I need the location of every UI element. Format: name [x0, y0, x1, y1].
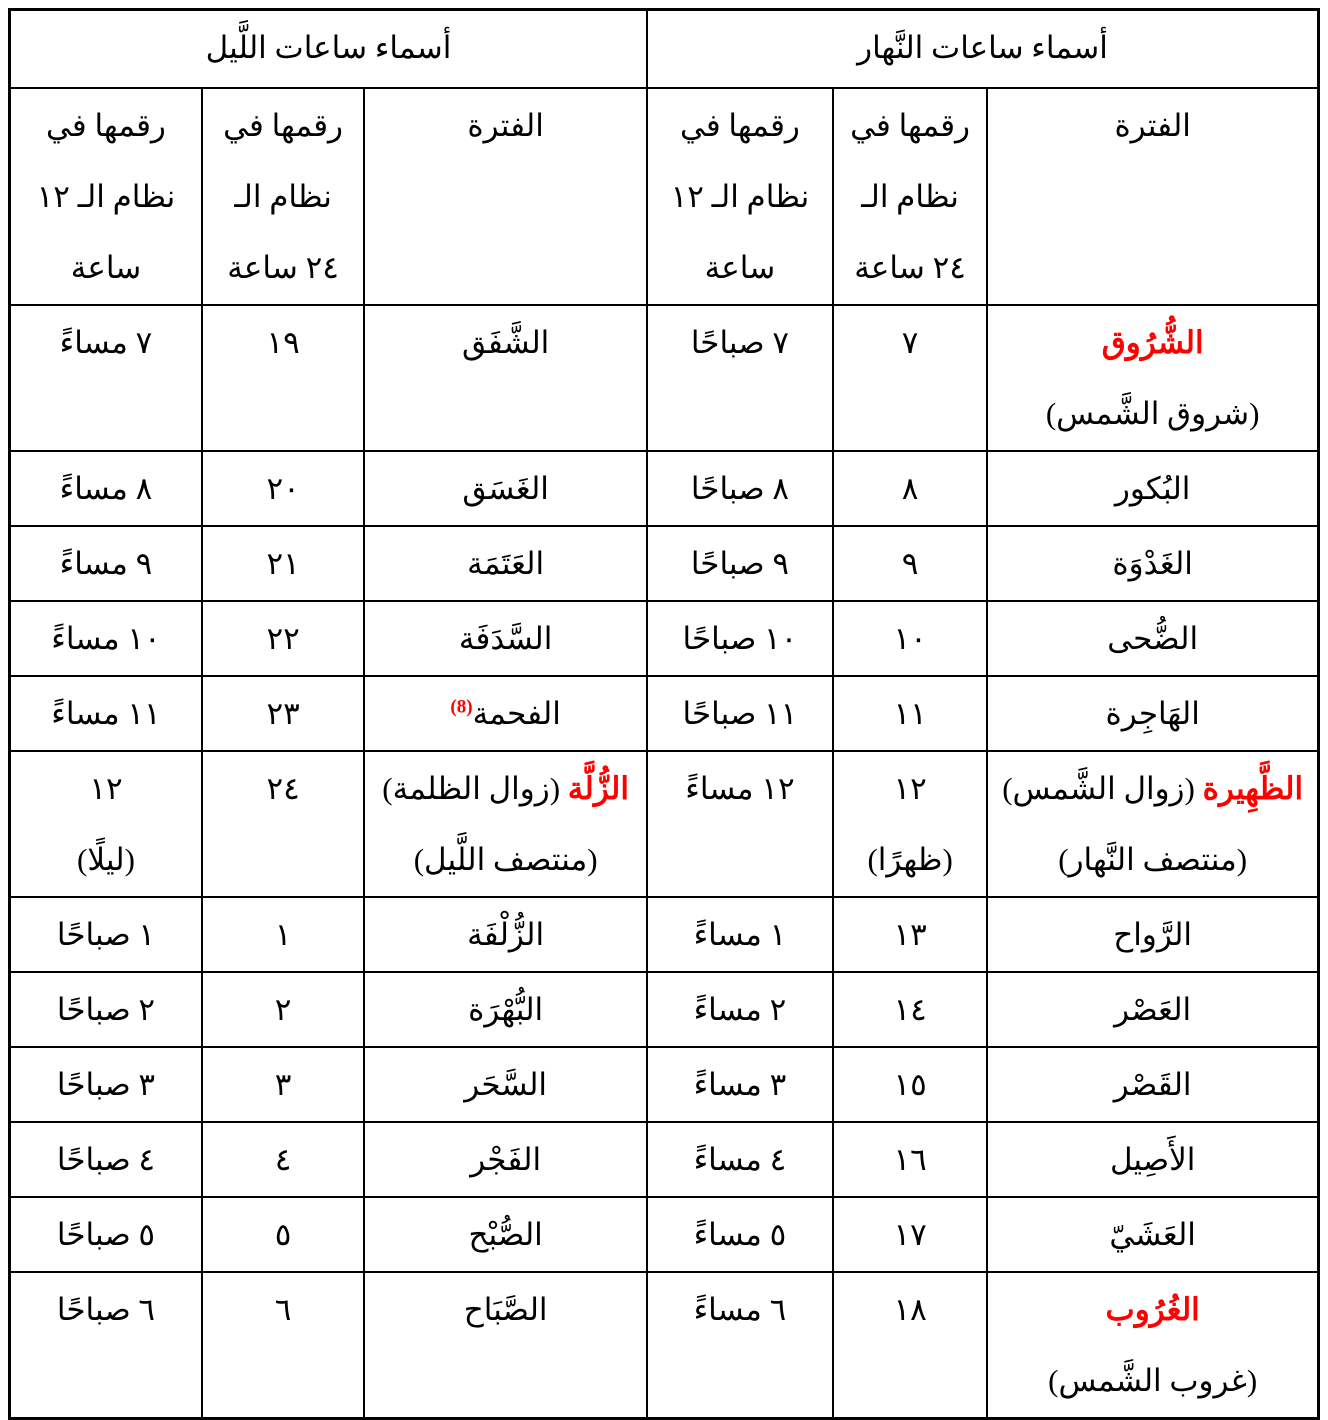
- cell-line: الشُّرُوق: [994, 307, 1311, 378]
- cell-night-h24-row4: ٢٢: [202, 601, 364, 676]
- cell-day-h24-row10: ١٦: [833, 1122, 987, 1197]
- cell-day-period-row3: الغَدْوَة: [987, 526, 1318, 601]
- hour-row-2: البُكور٨٨ صباحًاالغَسَق٢٠٨ مساءً: [10, 451, 1319, 526]
- cell-line: ١٦: [840, 1124, 980, 1195]
- cell-text: ٤ مساءً: [694, 1142, 787, 1177]
- col-header-line: الفترة: [371, 90, 640, 161]
- cell-text: ٥ مساءً: [694, 1217, 787, 1252]
- cell-text: الزُّلْفَة: [467, 917, 544, 952]
- cell-line: القَصْر: [994, 1049, 1311, 1120]
- cell-line: ١ مساءً: [654, 899, 826, 970]
- cell-text: ٣ مساءً: [694, 1067, 787, 1102]
- cell-text: ٤: [275, 1142, 292, 1177]
- cell-night-period-row3: العَتَمَة: [364, 526, 647, 601]
- cell-day-h12-row10: ٤ مساءً: [647, 1122, 833, 1197]
- hour-row-10: الأَصِيل١٦٤ مساءًالفَجْر٤٤ صباحًا: [10, 1122, 1319, 1197]
- cell-line: ٨ مساءً: [17, 453, 195, 524]
- cell-line: ١٨: [840, 1274, 980, 1345]
- cell-day-h24-row11: ١٧: [833, 1197, 987, 1272]
- cell-line: ١٩: [209, 307, 357, 378]
- col-header-line: ساعة: [654, 232, 826, 303]
- cell-line: ١٣: [840, 899, 980, 970]
- col-header-line: نظام الـ ١٢: [17, 161, 195, 232]
- cell-line: ٤ صباحًا: [17, 1124, 195, 1195]
- cell-line: ٦ صباحًا: [17, 1274, 195, 1345]
- col-header-line: رقمها في: [17, 90, 195, 161]
- cell-text: ٦ صباحًا: [57, 1292, 155, 1327]
- cell-line: ٧ صباحًا: [654, 307, 826, 378]
- cell-day-h12-row4: ١٠ صباحًا: [647, 601, 833, 676]
- cell-day-h24-row1: ٧: [833, 305, 987, 451]
- cell-line: ١١: [840, 678, 980, 749]
- cell-night-period-row9: السَّحَر: [364, 1047, 647, 1122]
- hour-row-12: الغُرُوب(غروب الشَّمس)١٨٦ مساءًالصَّبَاح…: [10, 1272, 1319, 1419]
- cell-line: الغَدْوَة: [994, 528, 1311, 599]
- cell-line: ١٠ صباحًا: [654, 603, 826, 674]
- cell-line: ٣: [209, 1049, 357, 1120]
- cell-line: ١٠ مساءً: [17, 603, 195, 674]
- cell-night-period-row12: الصَّبَاح: [364, 1272, 647, 1419]
- cell-line: ١٢: [840, 753, 980, 824]
- cell-line: ٥: [209, 1199, 357, 1270]
- col-header-day-period: الفترة: [987, 88, 1318, 305]
- cell-line: ١١ مساءً: [17, 678, 195, 749]
- cell-line: ١٢: [17, 753, 195, 824]
- cell-line: الصَّبَاح: [371, 1274, 640, 1345]
- cell-night-h24-row7: ١: [202, 897, 364, 972]
- cell-night-period-row10: الفَجْر: [364, 1122, 647, 1197]
- cell-text: الأَصِيل: [1110, 1142, 1195, 1177]
- col-header-night-h24: رقمها فينظام الـ٢٤ ساعة: [202, 88, 364, 305]
- col-header-line: رقمها في: [840, 90, 980, 161]
- cell-line: ٣ صباحًا: [17, 1049, 195, 1120]
- cell-text: ٨ مساءً: [60, 471, 153, 506]
- hour-row-3: الغَدْوَة٩٩ صباحًاالعَتَمَة٢١٩ مساءً: [10, 526, 1319, 601]
- cell-text: العَتَمَة: [467, 546, 544, 581]
- cell-line: الزُّلْفَة: [371, 899, 640, 970]
- cell-line: البُّهْرَة: [371, 974, 640, 1045]
- cell-line: الزُّلَّة (زوال الظلمة): [371, 753, 640, 824]
- cell-line: الهَاجِرة: [994, 678, 1311, 749]
- cell-text: ١٨: [893, 1292, 926, 1327]
- cell-night-period-row8: البُّهْرَة: [364, 972, 647, 1047]
- cell-text: البُّهْرَة: [468, 992, 543, 1027]
- cell-line: ٢ مساءً: [654, 974, 826, 1045]
- cell-text: (شروق الشَّمس): [1046, 396, 1260, 431]
- cell-day-h12-row2: ٨ صباحًا: [647, 451, 833, 526]
- cell-night-period-row1: الشَّفَق: [364, 305, 647, 451]
- cell-text: ٧ مساءً: [60, 325, 153, 360]
- col-header-line: رقمها في: [209, 90, 357, 161]
- cell-text: ٨ صباحًا: [691, 471, 789, 506]
- cell-text: ٨: [902, 471, 919, 506]
- column-header-row: الفترةرقمها فينظام الـ٢٤ ساعةرقمها فينظا…: [10, 88, 1319, 305]
- cell-line: ٢٢: [209, 603, 357, 674]
- hour-row-6: الظَّهِيرة (زوال الشَّمس)(منتصف النَّهار…: [10, 751, 1319, 897]
- cell-night-h12-row6: ١٢(ليلًا): [10, 751, 202, 897]
- cell-line: ١٥: [840, 1049, 980, 1120]
- cell-day-period-row10: الأَصِيل: [987, 1122, 1318, 1197]
- cell-text: ١١ مساءً: [51, 696, 160, 731]
- cell-text: (منتصف النَّهار): [1058, 842, 1247, 877]
- cell-day-h24-row5: ١١: [833, 676, 987, 751]
- cell-text: ١٠ صباحًا: [683, 621, 798, 656]
- cell-text: ١٤: [893, 992, 926, 1027]
- cell-night-h12-row2: ٨ مساءً: [10, 451, 202, 526]
- cell-night-h12-row3: ٩ مساءً: [10, 526, 202, 601]
- cell-text: ٢٤: [266, 771, 299, 806]
- cell-day-h24-row6: ١٢(ظهرًا): [833, 751, 987, 897]
- cell-day-h24-row7: ١٣: [833, 897, 987, 972]
- cell-day-h24-row9: ١٥: [833, 1047, 987, 1122]
- cell-night-h24-row10: ٤: [202, 1122, 364, 1197]
- cell-text: ٩: [902, 546, 919, 581]
- cell-text: الغَدْوَة: [1112, 546, 1193, 581]
- cell-line: الأَصِيل: [994, 1124, 1311, 1195]
- cell-day-h24-row4: ١٠: [833, 601, 987, 676]
- cell-line: (غروب الشَّمس): [994, 1345, 1311, 1416]
- cell-text: ٧ صباحًا: [691, 325, 789, 360]
- cell-text: ١١ صباحًا: [683, 696, 798, 731]
- cell-night-h24-row8: ٢: [202, 972, 364, 1047]
- cell-day-h12-row1: ٧ صباحًا: [647, 305, 833, 451]
- cell-line: ٢٤: [209, 753, 357, 824]
- cell-line: ٧: [840, 307, 980, 378]
- cell-line: العَتَمَة: [371, 528, 640, 599]
- cell-line: ٢: [209, 974, 357, 1045]
- cell-text: ١: [275, 917, 292, 952]
- cell-text: السَّحَر: [464, 1067, 547, 1102]
- cell-night-period-row7: الزُّلْفَة: [364, 897, 647, 972]
- cell-text: ١ مساءً: [694, 917, 787, 952]
- cell-day-period-row6: الظَّهِيرة (زوال الشَّمس)(منتصف النَّهار…: [987, 751, 1318, 897]
- cell-text: الفَجْر: [470, 1142, 541, 1177]
- cell-line: البُكور: [994, 453, 1311, 524]
- cell-text: ٢ صباحًا: [57, 992, 155, 1027]
- cell-line: ٢ صباحًا: [17, 974, 195, 1045]
- cell-text: (زوال الشَّمس): [1002, 771, 1202, 806]
- cell-line: (ليلًا): [17, 824, 195, 895]
- cell-text: ١٧: [893, 1217, 926, 1252]
- col-header-line: ٢٤ ساعة: [209, 232, 357, 303]
- cell-text: ٦ مساءً: [694, 1292, 787, 1327]
- col-header-line: نظام الـ ١٢: [654, 161, 826, 232]
- cell-day-period-row12: الغُرُوب(غروب الشَّمس): [987, 1272, 1318, 1419]
- cell-day-h12-row12: ٦ مساءً: [647, 1272, 833, 1419]
- col-header-night-h12: رقمها فينظام الـ ١٢ساعة: [10, 88, 202, 305]
- cell-line: ٣ مساءً: [654, 1049, 826, 1120]
- cell-line: ٤ مساءً: [654, 1124, 826, 1195]
- cell-line: ١٠: [840, 603, 980, 674]
- cell-line: ١١ صباحًا: [654, 678, 826, 749]
- col-header-day-h12: رقمها فينظام الـ ١٢ساعة: [647, 88, 833, 305]
- cell-day-h24-row12: ١٨: [833, 1272, 987, 1419]
- hour-row-9: القَصْر١٥٣ مساءًالسَّحَر٣٣ صباحًا: [10, 1047, 1319, 1122]
- cell-day-period-row8: العَصْر: [987, 972, 1318, 1047]
- cell-text: الرَّواح: [1113, 917, 1192, 952]
- cell-line: ١٤: [840, 974, 980, 1045]
- cell-text: (ظهرًا): [867, 842, 952, 877]
- cell-line: ٥ صباحًا: [17, 1199, 195, 1270]
- cell-day-h12-row3: ٩ صباحًا: [647, 526, 833, 601]
- cell-day-h12-row6: ١٢ مساءً: [647, 751, 833, 897]
- cell-line: العَشَيّ: [994, 1199, 1311, 1270]
- cell-text: العَشَيّ: [1109, 1217, 1196, 1252]
- cell-line: ٨ صباحًا: [654, 453, 826, 524]
- cell-text: ١١: [893, 696, 926, 731]
- cell-day-h24-row2: ٨: [833, 451, 987, 526]
- cell-text: الزُّلَّة: [568, 771, 629, 806]
- cell-line: (منتصف اللَّيل): [371, 824, 640, 895]
- cell-text: الشُّرُوق: [1102, 325, 1204, 360]
- footnote-marker: (8): [450, 697, 472, 718]
- day-section-title: أسماء ساعات النَّهار: [647, 10, 1319, 89]
- cell-line: الشَّفَق: [371, 307, 640, 378]
- cell-text: القَصْر: [1114, 1067, 1192, 1102]
- cell-text: الهَاجِرة: [1106, 696, 1200, 731]
- cell-line: ٧ مساءً: [17, 307, 195, 378]
- hour-row-11: العَشَيّ١٧٥ مساءًالصُّبْح٥٥ صباحًا: [10, 1197, 1319, 1272]
- hour-row-4: الضُّحى١٠١٠ صباحًاالسَّدَفَة٢٢١٠ مساءً: [10, 601, 1319, 676]
- cell-day-h24-row8: ١٤: [833, 972, 987, 1047]
- cell-day-period-row1: الشُّرُوق(شروق الشَّمس): [987, 305, 1318, 451]
- cell-line: ١ صباحًا: [17, 899, 195, 970]
- cell-text: ٢ مساءً: [694, 992, 787, 1027]
- cell-line: (شروق الشَّمس): [994, 378, 1311, 449]
- cell-text: البُكور: [1115, 471, 1191, 506]
- cell-night-period-row2: الغَسَق: [364, 451, 647, 526]
- cell-text: ٢٢: [266, 621, 299, 656]
- cell-text: ١٦: [893, 1142, 926, 1177]
- cell-day-period-row5: الهَاجِرة: [987, 676, 1318, 751]
- cell-day-h12-row9: ٣ مساءً: [647, 1047, 833, 1122]
- cell-text: ٢: [275, 992, 292, 1027]
- cell-night-h12-row11: ٥ صباحًا: [10, 1197, 202, 1272]
- cell-text: ١٢ مساءً: [685, 771, 794, 806]
- cell-line: الضُّحى: [994, 603, 1311, 674]
- cell-line: (منتصف النَّهار): [994, 824, 1311, 895]
- cell-text: ١٢: [893, 771, 926, 806]
- cell-line: الرَّواح: [994, 899, 1311, 970]
- cell-text: ٩ مساءً: [60, 546, 153, 581]
- cell-text: ١٣: [893, 917, 926, 952]
- col-header-night-period: الفترة: [364, 88, 647, 305]
- cell-text: الشَّفَق: [462, 325, 549, 360]
- cell-text: (ليلًا): [77, 842, 135, 877]
- cell-line: الظَّهِيرة (زوال الشَّمس): [994, 753, 1311, 824]
- cell-line: السَّحَر: [371, 1049, 640, 1120]
- col-header-line: نظام الـ: [840, 161, 980, 232]
- cell-line: (ظهرًا): [840, 824, 980, 895]
- cell-line: ٥ مساءً: [654, 1199, 826, 1270]
- cell-text: ٥ صباحًا: [57, 1217, 155, 1252]
- cell-line: ١: [209, 899, 357, 970]
- cell-night-h12-row7: ١ صباحًا: [10, 897, 202, 972]
- col-header-line: ٢٤ ساعة: [840, 232, 980, 303]
- col-header-line: الفترة: [994, 90, 1311, 161]
- section-title-row: أسماء ساعات النَّهار أسماء ساعات اللَّيل: [10, 10, 1319, 89]
- col-header-line: رقمها في: [654, 90, 826, 161]
- cell-text: الصُّبْح: [468, 1217, 542, 1252]
- cell-night-h12-row12: ٦ صباحًا: [10, 1272, 202, 1419]
- cell-day-h12-row7: ١ مساءً: [647, 897, 833, 972]
- cell-night-h12-row10: ٤ صباحًا: [10, 1122, 202, 1197]
- cell-text: (منتصف اللَّيل): [414, 842, 598, 877]
- col-header-day-h24: رقمها فينظام الـ٢٤ ساعة: [833, 88, 987, 305]
- cell-night-h24-row11: ٥: [202, 1197, 364, 1272]
- cell-day-h24-row3: ٩: [833, 526, 987, 601]
- cell-line: ٦ مساءً: [654, 1274, 826, 1345]
- cell-night-period-row11: الصُّبْح: [364, 1197, 647, 1272]
- cell-night-h24-row3: ٢١: [202, 526, 364, 601]
- cell-text: ٢٣: [266, 696, 299, 731]
- hour-row-7: الرَّواح١٣١ مساءًالزُّلْفَة١١ صباحًا: [10, 897, 1319, 972]
- hours-names-table: أسماء ساعات النَّهار أسماء ساعات اللَّيل…: [8, 8, 1320, 1420]
- cell-line: ٢٠: [209, 453, 357, 524]
- hour-row-1: الشُّرُوق(شروق الشَّمس)٧٧ صباحًاالشَّفَق…: [10, 305, 1319, 451]
- cell-text: العَصْر: [1114, 992, 1191, 1027]
- cell-text: الضُّحى: [1107, 621, 1198, 656]
- cell-text: الصَّبَاح: [464, 1292, 548, 1327]
- cell-night-h12-row8: ٢ صباحًا: [10, 972, 202, 1047]
- cell-line: ٢١: [209, 528, 357, 599]
- cell-text: ٣: [275, 1067, 292, 1102]
- cell-line: الصُّبْح: [371, 1199, 640, 1270]
- cell-text: الغَسَق: [462, 471, 549, 506]
- cell-night-period-row5: الفحمة(8): [364, 676, 647, 751]
- cell-line: ٤: [209, 1124, 357, 1195]
- cell-night-h12-row5: ١١ مساءً: [10, 676, 202, 751]
- col-header-line: ساعة: [17, 232, 195, 303]
- cell-day-period-row7: الرَّواح: [987, 897, 1318, 972]
- cell-night-h24-row5: ٢٣: [202, 676, 364, 751]
- cell-day-period-row4: الضُّحى: [987, 601, 1318, 676]
- document-page: أسماء ساعات النَّهار أسماء ساعات اللَّيل…: [0, 0, 1328, 1408]
- cell-text: السَّدَفَة: [459, 621, 552, 656]
- cell-text: ١٠ مساءً: [51, 621, 160, 656]
- cell-night-h12-row4: ١٠ مساءً: [10, 601, 202, 676]
- cell-line: الفَجْر: [371, 1124, 640, 1195]
- cell-line: ٨: [840, 453, 980, 524]
- cell-line: ٩: [840, 528, 980, 599]
- cell-night-h24-row2: ٢٠: [202, 451, 364, 526]
- cell-line: الغُرُوب: [994, 1274, 1311, 1345]
- cell-line: العَصْر: [994, 974, 1311, 1045]
- col-header-line: نظام الـ: [209, 161, 357, 232]
- cell-night-h12-row9: ٣ صباحًا: [10, 1047, 202, 1122]
- cell-text: ١٩: [266, 325, 299, 360]
- cell-day-h12-row5: ١١ صباحًا: [647, 676, 833, 751]
- cell-text: ١٠: [893, 621, 926, 656]
- cell-line: الغَسَق: [371, 453, 640, 524]
- night-section-title: أسماء ساعات اللَّيل: [10, 10, 648, 89]
- cell-night-h24-row12: ٦: [202, 1272, 364, 1419]
- cell-text: الظَّهِيرة: [1203, 771, 1303, 806]
- cell-text: (زوال الظلمة): [382, 771, 568, 806]
- cell-text: (غروب الشَّمس): [1048, 1363, 1257, 1398]
- cell-text: ٩ صباحًا: [691, 546, 789, 581]
- cell-text: ٣ صباحًا: [57, 1067, 155, 1102]
- cell-text: ٦: [275, 1292, 292, 1327]
- cell-text: ١٢: [89, 771, 122, 806]
- cell-night-h24-row9: ٣: [202, 1047, 364, 1122]
- cell-text: الفحمة: [473, 696, 561, 731]
- cell-night-h24-row1: ١٩: [202, 305, 364, 451]
- cell-day-period-row2: البُكور: [987, 451, 1318, 526]
- cell-line: ٢٣: [209, 678, 357, 749]
- cell-night-h12-row1: ٧ مساءً: [10, 305, 202, 451]
- cell-day-h12-row11: ٥ مساءً: [647, 1197, 833, 1272]
- cell-night-h24-row6: ٢٤: [202, 751, 364, 897]
- cell-line: ١٧: [840, 1199, 980, 1270]
- cell-line: ٦: [209, 1274, 357, 1345]
- cell-text: ٥: [275, 1217, 292, 1252]
- cell-text: ١ صباحًا: [57, 917, 155, 952]
- cell-day-period-row9: القَصْر: [987, 1047, 1318, 1122]
- cell-night-period-row4: السَّدَفَة: [364, 601, 647, 676]
- hour-row-5: الهَاجِرة١١١١ صباحًاالفحمة(8)٢٣١١ مساءً: [10, 676, 1319, 751]
- cell-night-period-row6: الزُّلَّة (زوال الظلمة)(منتصف اللَّيل): [364, 751, 647, 897]
- cell-text: ٢١: [266, 546, 299, 581]
- cell-line: الفحمة(8): [371, 678, 640, 749]
- cell-text: ٧: [902, 325, 919, 360]
- cell-day-h12-row8: ٢ مساءً: [647, 972, 833, 1047]
- cell-text: ١٥: [893, 1067, 926, 1102]
- cell-line: ٩ صباحًا: [654, 528, 826, 599]
- hour-row-8: العَصْر١٤٢ مساءًالبُّهْرَة٢٢ صباحًا: [10, 972, 1319, 1047]
- cell-text: الغُرُوب: [1106, 1292, 1200, 1327]
- cell-text: ٤ صباحًا: [57, 1142, 155, 1177]
- cell-line: ١٢ مساءً: [654, 753, 826, 824]
- cell-line: السَّدَفَة: [371, 603, 640, 674]
- cell-text: ٢٠: [266, 471, 299, 506]
- cell-line: ٩ مساءً: [17, 528, 195, 599]
- cell-day-period-row11: العَشَيّ: [987, 1197, 1318, 1272]
